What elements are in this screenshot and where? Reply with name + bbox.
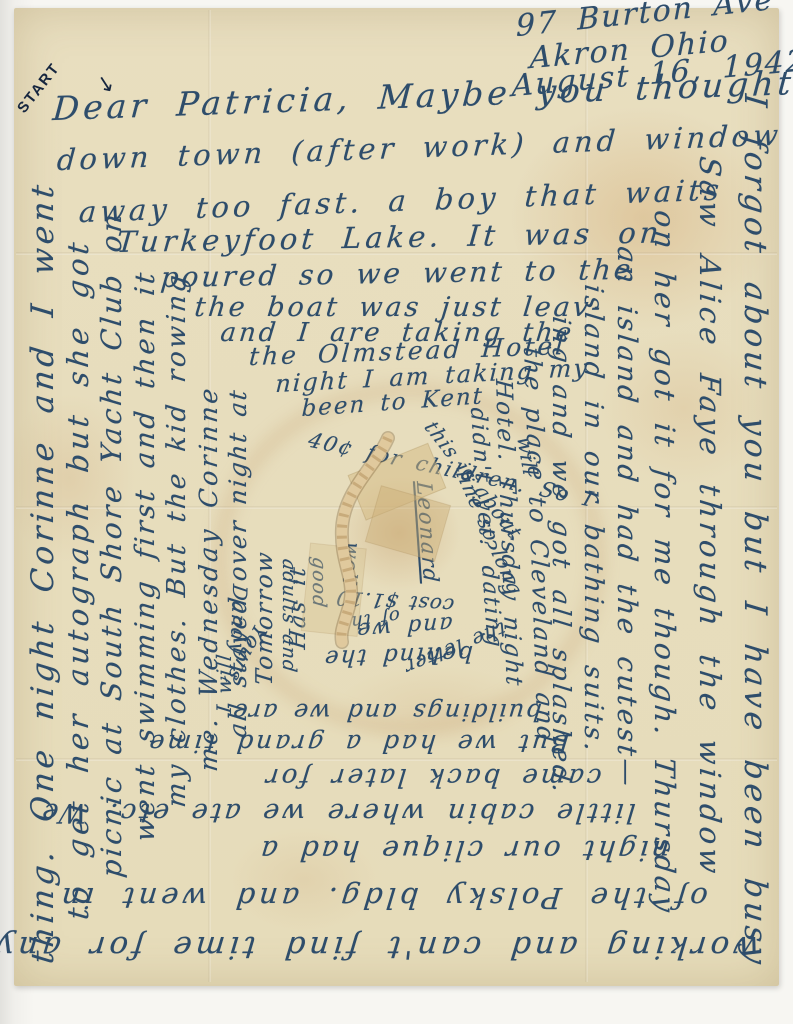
letter-line-ring2-bottom: of the Polsky bldg. and went in <box>56 883 709 912</box>
letter-line-ring7-bottom: buildings and we are <box>230 700 543 724</box>
letter-line-ring1-right: I forgot about you but I have been busy <box>739 93 770 969</box>
twine-attachment <box>296 428 466 658</box>
letter-line-ring6-left: me. Wednesday Corinne <box>196 384 221 772</box>
tape-piece-middle <box>365 486 450 562</box>
letter-line-inner-14: I will <box>214 652 234 714</box>
letter-line-ring3-bottom: night our clique had a <box>256 836 670 864</box>
letter-line-ring3-left: picnic at South Shore Yacht Club on <box>98 210 126 879</box>
letter-line-inner-9: Dandy <box>228 583 250 656</box>
letter-line-ring2-right: Saw Alice Faye through the window <box>695 155 724 879</box>
letter-line-ring5-right: island in our bathing suits. <box>580 283 606 755</box>
letter-line-ring8-left: Tomorrow <box>254 549 277 686</box>
letter-line-ring1-bottom: working and can't find time for any <box>0 931 761 962</box>
letter-line-ring6-top: the boat was just leav- <box>193 294 604 321</box>
letter-line-ring3-right: on her got it for me though. Thursday <box>650 209 678 916</box>
letter-line-inner-3: will <box>514 436 541 477</box>
letter-line-ring4-right: an island and had the cutest— <box>613 245 640 790</box>
letter-line-ring2-left: to get her autograph but she got <box>64 237 93 921</box>
letter-line-ring5-left: my clothes. But the kid rowing <box>164 271 190 809</box>
letter-line-ring1-left: thing. One night Corinne and I went <box>28 180 59 965</box>
letter-line-ring5-bottom: came back later for <box>262 764 603 790</box>
letter-line-ring4-left: went swimming first and then it <box>132 269 159 843</box>
letter-line-ring5-top: poured so we went to the <box>160 256 635 292</box>
scanned-letter: 97 Burton Ave Akron Ohio August 16, 1942… <box>0 0 793 1024</box>
